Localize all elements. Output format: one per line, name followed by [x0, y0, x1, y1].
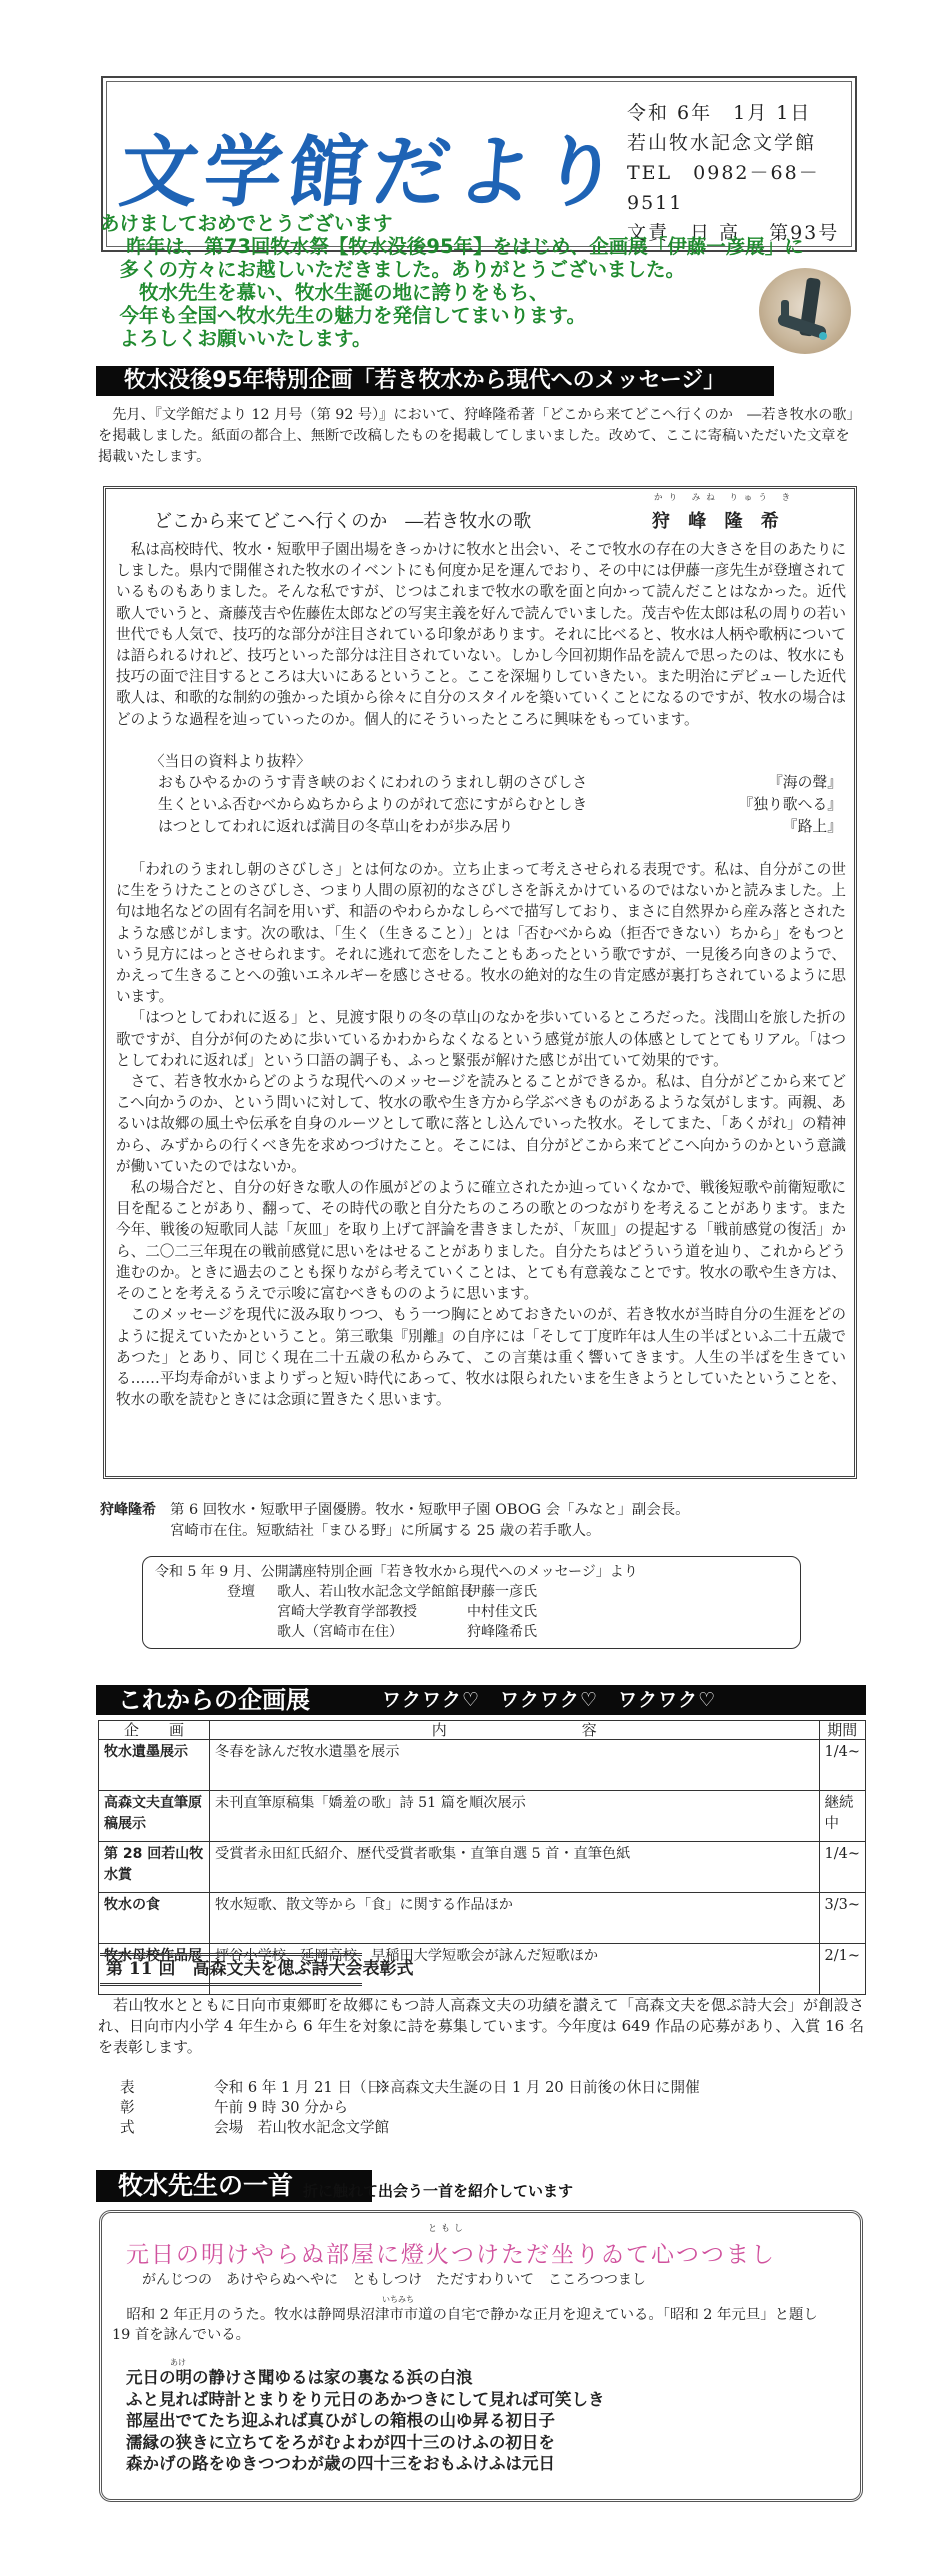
event-time: 午前 9 時 30 分から	[214, 2098, 396, 2118]
poem-reading: がんじつの あけやらぬへやに ともしつけ ただすわりいて こころつつまし	[142, 2269, 646, 2289]
speaker-title: 宮崎大学教育学部教授	[277, 1604, 417, 1620]
essay-paragraph: このメッセージを現代に汲み取りつつ、もう一つ胸にとめておきたいのが、若き牧水が当…	[116, 1304, 846, 1410]
table-row: 牧水遺墨展示 冬春を詠んだ牧水遺墨を展示 1/4~	[99, 1740, 866, 1791]
exhibit-name: 第 28 回若山牧水賞	[99, 1842, 210, 1893]
column-header: 期間	[819, 1721, 866, 1740]
exhibit-content: 冬春を詠んだ牧水遺墨を展示	[210, 1740, 820, 1791]
event-label: 表彰式	[120, 2078, 135, 2138]
essay-box: かり みね りゅう き どこから来てどこへ行くのか ―若き牧水の歌 狩 峰 隆 …	[103, 486, 857, 1479]
issue-date: 令和 6年 1月 1日	[627, 98, 851, 128]
exhibit-period: 2/1~	[819, 1944, 866, 1995]
poem-line: 部屋出でてたち迎ふれば真ひがしの箱根の山ゆ昇る初日子	[126, 2410, 605, 2432]
exhibit-name: 牧水遺墨展示	[99, 1740, 210, 1791]
exhibit-period: 3/3~	[819, 1893, 866, 1944]
tanka-text: 生くといふ否むべからぬちからよりのがれて恋にすがらむとしき	[158, 794, 587, 816]
speaker-list: 歌人、若山牧水記念文学館館長 伊藤一彦氏 宮崎大学教育学部教授 中村佳文氏 歌人…	[277, 1582, 473, 1642]
greeting-line: よろしくお願いいたします。	[100, 327, 870, 350]
tanka-source: 『海の聲』	[768, 772, 842, 794]
table-header-row: 企 画 内 容 期間	[99, 1721, 866, 1740]
tanka-text: はつとしてわれに返れば満目の冬草山をわが歩み居り	[158, 816, 513, 838]
essay-paragraph: 私の場合だと、自分の好きな歌人の作風がどのように確立されたか辿っていくなかで、戦…	[116, 1177, 846, 1304]
essay-author: 狩 峰 隆 希	[652, 507, 785, 533]
event-date: 令和 6 年 1 月 21 日（日）	[214, 2078, 396, 2098]
section-subtitle: 折に触れて出会う一首を紹介しています	[303, 2180, 573, 2201]
greeting-line: 今年も全国へ牧水先生の魅力を発信してまいります。	[100, 304, 870, 327]
exhibit-period: 継続中	[819, 1791, 866, 1842]
poem-box: ともし 元日の明けやらぬ部屋に燈火つけただ坐りゐて心つつまし がんじつの あけや…	[99, 2210, 863, 2502]
lecture-heading: 令和 5 年 9 月、公開講座特別企画「若き牧水から現代へのメッセージ」より	[155, 1562, 638, 1582]
speaker-title: 歌人（宮崎市在住）	[277, 1624, 403, 1640]
greeting-line: 昨年は、第73回牧水祭【牧水没後95年】をはじめ、企画展「伊藤一彦展」に	[100, 235, 870, 258]
tanka-row: 生くといふ否むべからぬちからよりのがれて恋にすがらむとしき 『独り歌へる』	[116, 794, 846, 816]
speaker-name: 狩峰隆希氏	[467, 1622, 537, 1642]
tanka-source: 『路上』	[783, 816, 842, 838]
exhibit-content: 受賞者永田紅氏紹介、歴代受賞者歌集・直筆自選 5 首・直筆色紙	[210, 1842, 820, 1893]
poem-ruby: ともし	[428, 2221, 467, 2234]
speaker-row: 歌人（宮崎市在住） 狩峰隆希氏	[277, 1622, 473, 1642]
speaker-title: 歌人、若山牧水記念文学館館長	[277, 1584, 473, 1600]
newsletter-title: 文学館だより	[115, 110, 631, 222]
banner-decoration: ワクワク♡ ワクワク♡ ワクワク♡	[382, 1685, 716, 1715]
award-ceremony-title: 第 11 回 高森文夫を偲ぶ詩大会表彰式	[100, 1953, 362, 1986]
poem-line: ふと見れば時計とまりをり元日のあかつきにして見れば可笑しき	[126, 2389, 605, 2411]
greeting-line: 多くの方々にお越しいただきました。ありがとうございました。	[100, 258, 870, 281]
exhibit-period: 1/4~	[819, 1740, 866, 1791]
section-banner-special-project: 牧水没後95年特別企画「若き牧水から現代へのメッセージ」	[96, 366, 774, 396]
event-note: ※高森文夫生誕の日 1 月 20 日前後の休日に開催	[376, 2078, 700, 2098]
speaker-row: 宮崎大学教育学部教授 中村佳文氏	[277, 1602, 473, 1622]
poem-line: 森かげの路をゆきつつわが歳の四十三をおもふけふは元日	[126, 2453, 605, 2475]
table-row: 牧水の食 牧水短歌、散文等から「食」に関する作品ほか 3/3~	[99, 1893, 866, 1944]
statue-gem	[819, 332, 827, 340]
section-banner-upcoming-exhibitions: これからの企画展 ワクワク♡ ワクワク♡ ワクワク♡	[96, 1685, 866, 1715]
exhibit-name: 高森文夫直筆原稿展示	[99, 1791, 210, 1842]
bio-name: 狩峰隆希	[100, 1500, 156, 1521]
bio-line: 第 6 回牧水・短歌甲子園優勝。牧水・短歌甲子園 OBOG 会「みなと」副会長。	[170, 1500, 690, 1521]
essay-paragraph: 私は高校時代、牧水・短歌甲子園出場をきっかけに牧水と出会い、そこで牧水の存在の大…	[116, 539, 846, 730]
bio-line: 宮崎市在住。短歌結社「まひる野」に所属する 25 歳の若手歌人。	[170, 1521, 690, 1542]
bio-lines: 第 6 回牧水・短歌甲子園優勝。牧水・短歌甲子園 OBOG 会「みなと」副会長。…	[170, 1500, 690, 1542]
banner-title: これからの企画展	[118, 1686, 310, 1714]
section-intro: 先月、『文学館だより 12 月号（第 92 号）』において、狩峰隆希著「どこから…	[98, 405, 862, 468]
tanka-row: はつとしてわれに返れば満目の冬草山をわが歩み居り 『路上』	[116, 816, 846, 838]
poem-line: 濡縁の狭きに立ちてをろがむよわが四十三のけふの初日を	[126, 2432, 605, 2454]
poem-commentary: 昭和 2 年正月のうた。牧水は静岡県沼津市市道の自宅で静かな正月を迎えている。「…	[112, 2305, 832, 2345]
essay-title: どこから来てどこへ行くのか ―若き牧水の歌	[154, 507, 531, 533]
exhibit-content: 牧水短歌、散文等から「食」に関する作品ほか	[210, 1893, 820, 1944]
new-year-greeting: あけましておめでとうございます 昨年は、第73回牧水祭【牧水没後95年】をはじめ…	[100, 212, 870, 350]
author-ruby: かり みね りゅう き	[654, 491, 796, 503]
essay-body: 私は高校時代、牧水・短歌甲子園出場をきっかけに牧水と出会い、そこで牧水の存在の大…	[116, 539, 846, 1410]
essay-paragraph: 「はつとしてわれに返る」と、見渡す限りの冬の草山のなかを歩いているところだった。…	[116, 1007, 846, 1071]
exhibit-content: 未刊直筆原稿集「嬌羞の歌」詩 51 篇を順次展示	[210, 1791, 820, 1842]
event-venue: 会場 若山牧水記念文学館	[214, 2118, 396, 2138]
lecture-role-label: 登壇	[227, 1582, 255, 1602]
speaker-name: 伊藤一彦氏	[467, 1582, 537, 1602]
speaker-name: 中村佳文氏	[467, 1602, 537, 1622]
essay-paragraph: 「われのうまれし朝のさびしさ」とは何なのか。立ち止まって考えさせられる表現です。…	[116, 859, 846, 1007]
greeting-line: あけましておめでとうございます	[100, 212, 870, 235]
table-row: 高森文夫直筆原稿展示 未刊直筆原稿集「嬌羞の歌」詩 51 篇を順次展示 継続中	[99, 1791, 866, 1842]
featured-poem: 元日の明けやらぬ部屋に燈火つけただ坐りゐて心つつまし	[126, 2236, 776, 2269]
exhibit-period: 1/4~	[819, 1842, 866, 1893]
greeting-line: 牧水先生を慕い、牧水生誕の地に誇りをもち、	[100, 281, 870, 304]
event-lines: 令和 6 年 1 月 21 日（日） 午前 9 時 30 分から 会場 若山牧水…	[214, 2078, 396, 2138]
excerpt-label: 〈当日の資料より抜粋〉	[116, 751, 846, 772]
exhibit-name: 牧水の食	[99, 1893, 210, 1944]
comment-ruby: いちみち	[382, 2294, 414, 2305]
poem-list: 元日の明の静けさ聞ゆるは家の裏なる浜の白浪 ふと見れば時計とまりをり元日のあかつ…	[126, 2367, 605, 2475]
poem-line: 元日の明の静けさ聞ゆるは家の裏なる浜の白浪	[126, 2367, 605, 2389]
essay-paragraph: さて、若き牧水からどのような現代へのメッセージを読みとることができるか。私は、自…	[116, 1071, 846, 1177]
column-header: 内 容	[210, 1721, 820, 1740]
tanka-text: おもひやるかのうす青き峡のおくにわれのうまれし朝のさびしさ	[158, 772, 587, 794]
bronze-statue-photo	[759, 268, 851, 354]
award-description: 若山牧水とともに日向市東郷町を故郷にもつ詩人高森文夫の功績を讃えて「高森文夫を偲…	[98, 1995, 864, 2058]
table-row: 第 28 回若山牧水賞 受賞者永田紅氏紹介、歴代受賞者歌集・直筆自選 5 首・直…	[99, 1842, 866, 1893]
speaker-row: 歌人、若山牧水記念文学館館長 伊藤一彦氏	[277, 1582, 473, 1602]
column-header: 企 画	[99, 1721, 210, 1740]
tanka-row: おもひやるかのうす青き峡のおくにわれのうまれし朝のさびしさ 『海の聲』	[116, 772, 846, 794]
telephone: TEL 0982－68－9511	[627, 158, 851, 218]
tanka-source: 『独り歌へる』	[738, 794, 842, 816]
lecture-info-box: 令和 5 年 9 月、公開講座特別企画「若き牧水から現代へのメッセージ」より 登…	[142, 1556, 801, 1649]
museum-name: 若山牧水記念文学館	[627, 128, 851, 158]
